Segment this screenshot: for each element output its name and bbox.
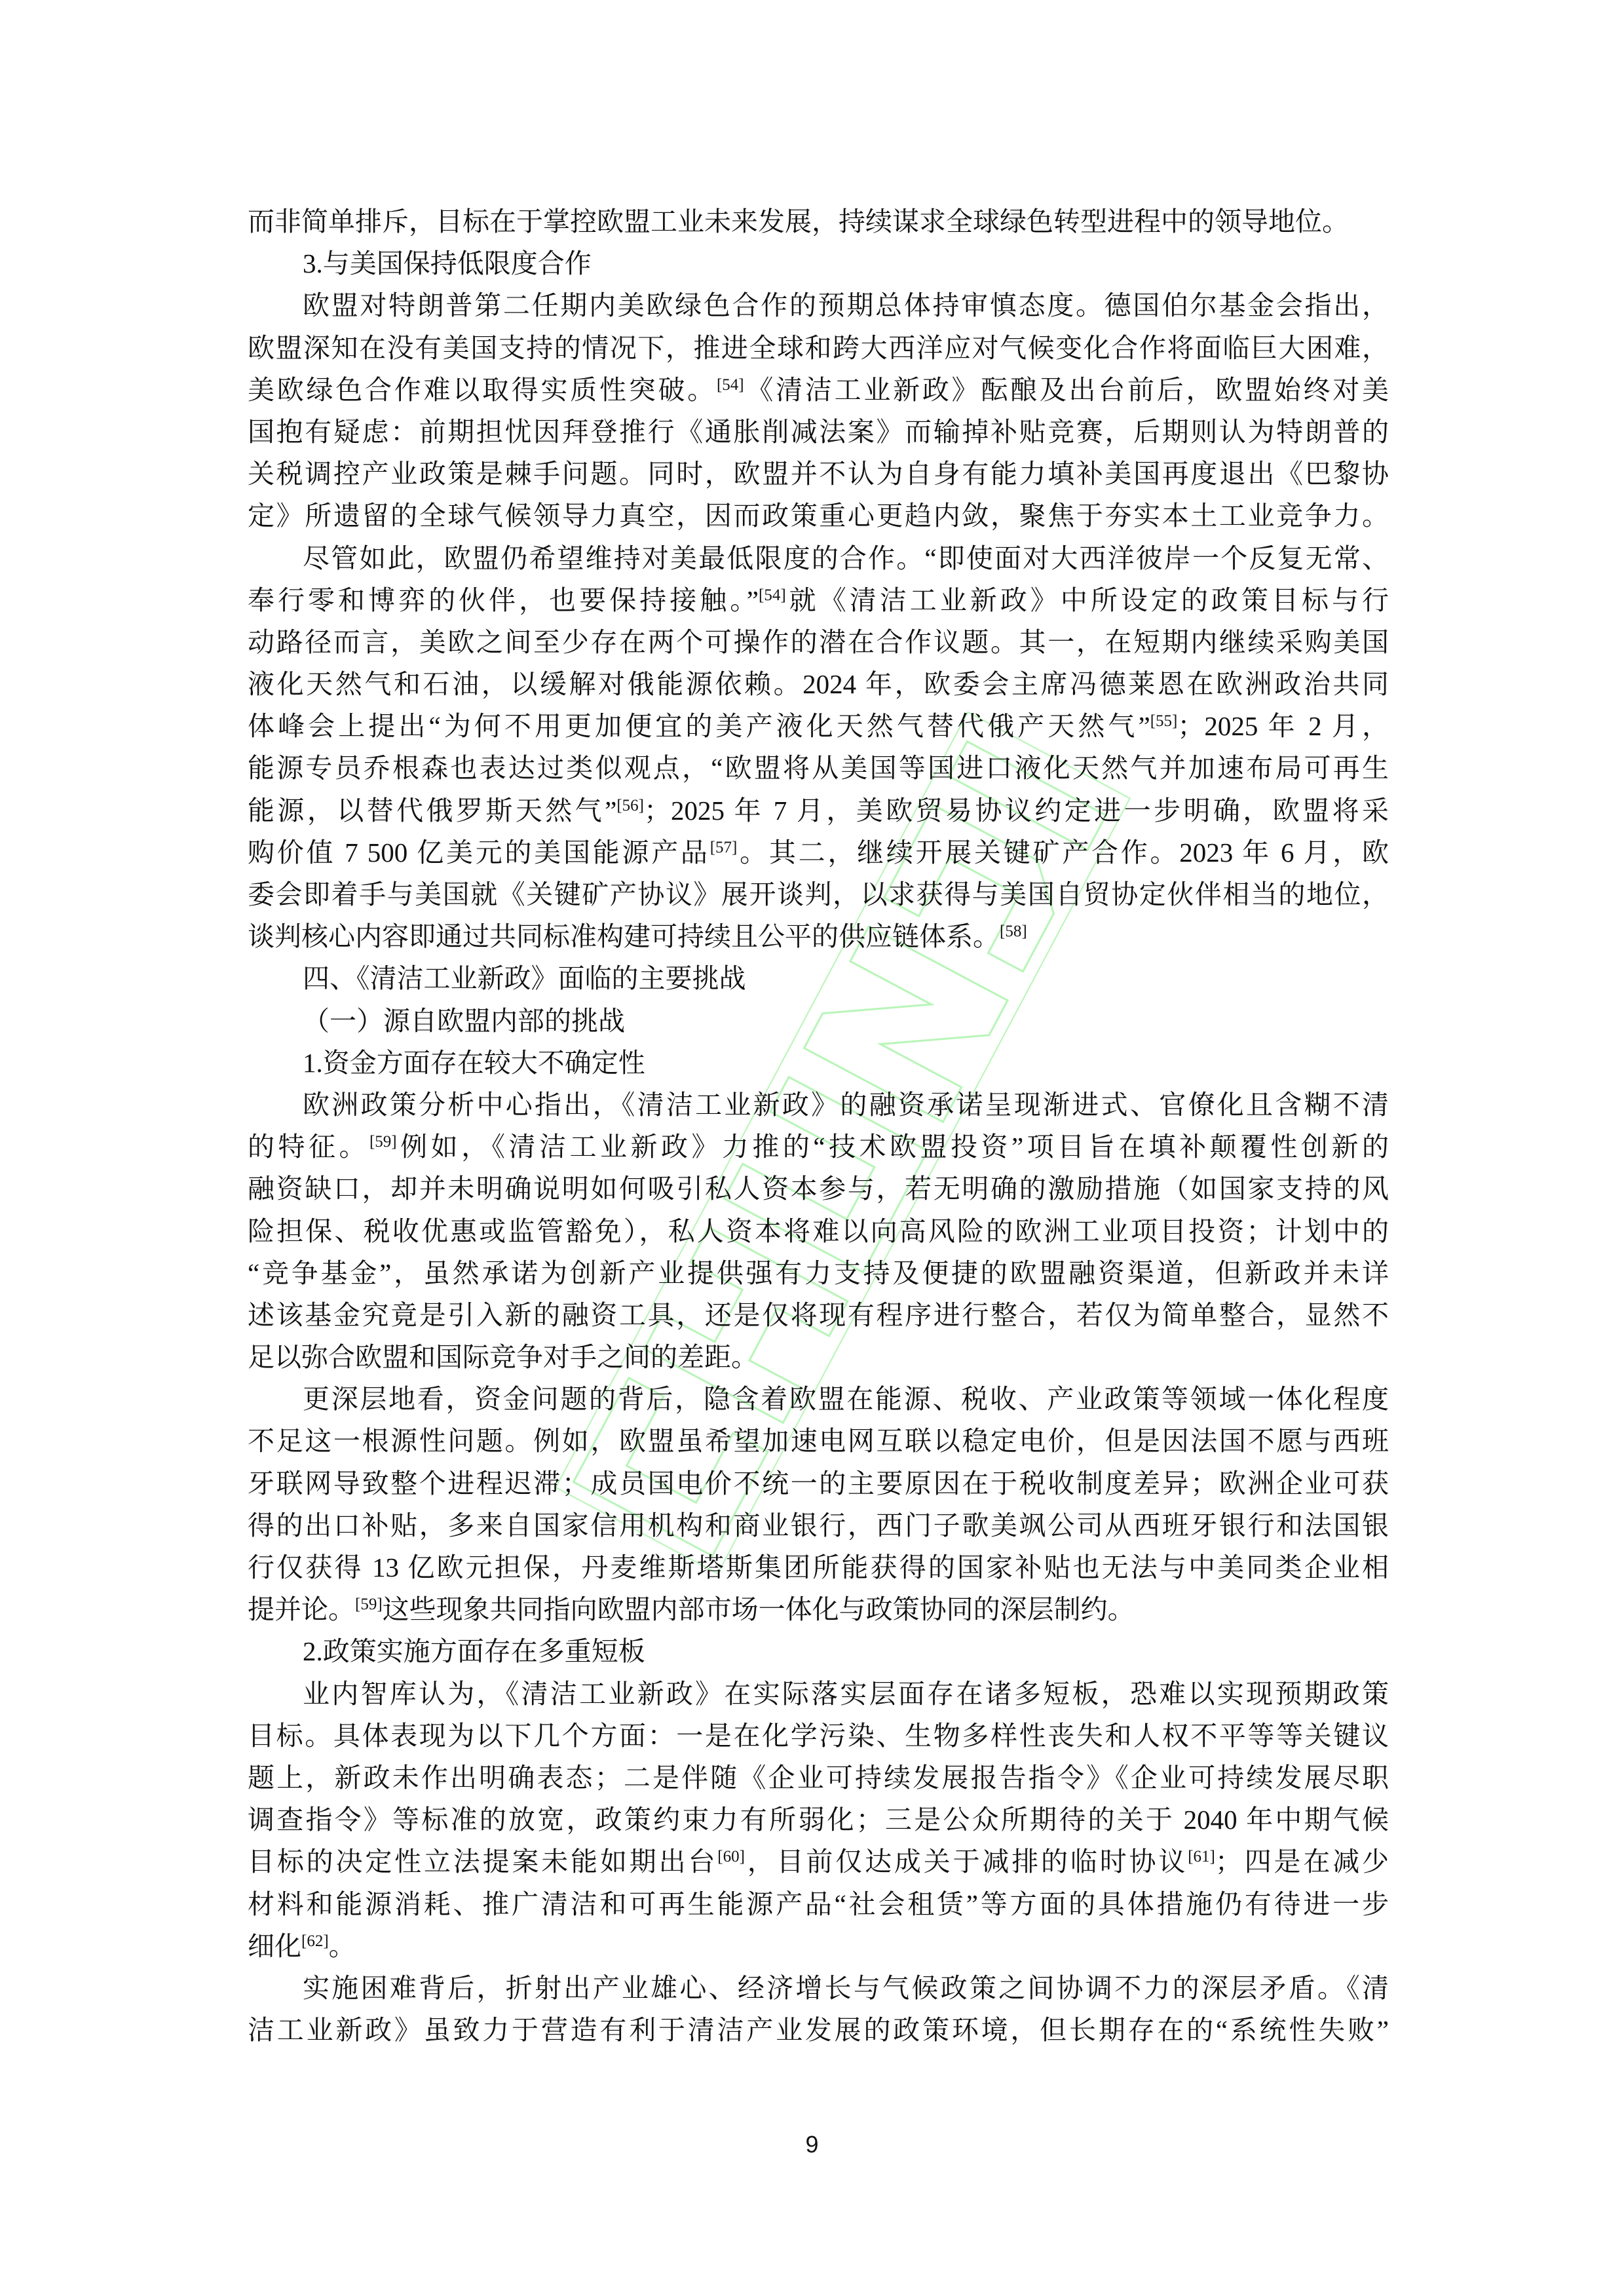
- line-text: 就《清洁工业新政》中所设定的政策目标与行: [786, 585, 1389, 615]
- line-text: 业内智库认为，《清洁工业新政》在实际落实层面存在诸多短板，恐难以实现预期政策: [303, 1679, 1389, 1709]
- line-text: 奉行零和博弈的伙伴，也要保持接触。”: [248, 585, 759, 615]
- line-text: 调查指令》等标准的放宽，政策约束力有所弱化；三是公众所期待的关于 2040 年中…: [248, 1805, 1389, 1835]
- line-text: 欧盟深知在没有美国支持的情况下，推进全球和跨大西洋应对气候变化合作将面临巨大困难…: [248, 333, 1389, 363]
- line-text: 足以弥合欧盟和国际竞争对手之间的差距。: [248, 1342, 758, 1372]
- line-text: 实施困难背后，折射出产业雄心、经济增长与气候政策之间协调不力的深层矛盾。《清: [303, 1973, 1389, 2003]
- heading-3: 1.资金方面存在较大不确定性: [248, 1042, 1389, 1084]
- text-line: 能源专员乔根森也表达过类似观点，“欧盟将从美国等国进口液化天然气并加速布局可再生: [248, 747, 1389, 789]
- line-text: ；四是在减少: [1215, 1846, 1389, 1877]
- line-text: 关税调控产业政策是棘手问题。同时，欧盟并不认为自身有能力填补美国再度退出《巴黎协: [248, 459, 1389, 489]
- citation-ref: [59]: [369, 1133, 397, 1151]
- heading-2: （一）源自欧盟内部的挑战: [248, 1000, 1389, 1042]
- text-line: 动路径而言，美欧之间至少存在两个可操作的潜在合作议题。其一，在短期内继续采购美国: [248, 621, 1389, 663]
- line-text: 尽管如此，欧盟仍希望维持对美最低限度的合作。“即使面对大西洋彼岸一个反复无常、: [303, 543, 1389, 573]
- line-text: 述该基金究竟是引入新的融资工具，还是仅将现有程序进行整合，若仅为简单整合，显然不: [248, 1300, 1389, 1330]
- line-text: 液化天然气和石油，以缓解对俄能源依赖。2024 年，欧委会主席冯德莱恩在欧洲政治…: [248, 669, 1389, 699]
- body-text: 而非简单排斥，目标在于掌控欧盟工业未来发展，持续谋求全球绿色转型进程中的领导地位…: [248, 201, 1389, 2051]
- line-text: 的特征。: [248, 1132, 369, 1162]
- line-text: 例如，《清洁工业新政》力推的“技术欧盟投资”项目旨在填补颠覆性创新的: [397, 1132, 1389, 1162]
- citation-ref: [62]: [301, 1932, 329, 1950]
- line-text: 。: [329, 1931, 356, 1961]
- text-line: 细化[62]。: [248, 1925, 1389, 1967]
- citation-ref: [61]: [1188, 1848, 1215, 1865]
- line-text: （一）源自欧盟内部的挑战: [303, 1006, 625, 1036]
- text-line: 奉行零和博弈的伙伴，也要保持接触。”[54]就《清洁工业新政》中所设定的政策目标…: [248, 579, 1389, 621]
- text-line: 洁工业新政》虽致力于营造有利于清洁产业发展的政策环境，但长期存在的“系统性失败”: [248, 2009, 1389, 2051]
- text-line: 实施困难背后，折射出产业雄心、经济增长与气候政策之间协调不力的深层矛盾。《清: [248, 1967, 1389, 2009]
- text-line: 尽管如此，欧盟仍希望维持对美最低限度的合作。“即使面对大西洋彼岸一个反复无常、: [248, 537, 1389, 579]
- line-text: ，目前仅达成关于减排的临时协议: [745, 1846, 1188, 1877]
- text-line: 述该基金究竟是引入新的融资工具，还是仅将现有程序进行整合，若仅为简单整合，显然不: [248, 1294, 1389, 1336]
- text-line: 美欧绿色合作难以取得实质性突破。[54]《清洁工业新政》酝酿及出台前后，欧盟始终…: [248, 369, 1389, 411]
- text-line: 险担保、税收优惠或监管豁免），私人资本将难以向高风险的欧洲工业项目投资；计划中的: [248, 1210, 1389, 1252]
- text-line: 定》所遗留的全球气候领导力真空，因而政策重心更趋内敛，聚焦于夯实本土工业竞争力。: [248, 495, 1389, 537]
- citation-ref: [58]: [1000, 923, 1027, 940]
- text-line: 融资缺口，却并未明确说明如何吸引私人资本参与，若无明确的激励措施（如国家支持的风: [248, 1168, 1389, 1210]
- citation-ref: [54]: [717, 376, 744, 394]
- heading-3: 2.政策实施方面存在多重短板: [248, 1630, 1389, 1672]
- heading-3: 3.与美国保持低限度合作: [248, 242, 1389, 284]
- line-text: 目标的决定性立法提案未能如期出台: [248, 1846, 717, 1877]
- text-line: “竞争基金”，虽然承诺为创新产业提供强有力支持及便捷的欧盟融资渠道，但新政并未详: [248, 1252, 1389, 1294]
- line-text: 行仅获得 13 亿欧元担保，丹麦维斯塔斯集团所能获得的国家补贴也无法与中美同类企…: [248, 1552, 1389, 1582]
- line-text: 委会即着手与美国就《关键矿产协议》展开谈判，以求获得与美国自贸协定伙伴相当的地位…: [248, 879, 1389, 909]
- line-text: 《清洁工业新政》酝酿及出台前后，欧盟始终对美: [744, 375, 1389, 405]
- line-text: 购价值 7 500 亿美元的美国能源产品: [248, 837, 710, 868]
- line-text: 1.资金方面存在较大不确定性: [303, 1048, 645, 1078]
- line-text: 能源专员乔根森也表达过类似观点，“欧盟将从美国等国进口液化天然气并加速布局可再生: [248, 753, 1389, 783]
- line-text: 四、《清洁工业新政》面临的主要挑战: [303, 963, 746, 993]
- text-line: 行仅获得 13 亿欧元担保，丹麦维斯塔斯集团所能获得的国家补贴也无法与中美同类企…: [248, 1546, 1389, 1588]
- text-line: 调查指令》等标准的放宽，政策约束力有所弱化；三是公众所期待的关于 2040 年中…: [248, 1799, 1389, 1841]
- text-line: 而非简单排斥，目标在于掌控欧盟工业未来发展，持续谋求全球绿色转型进程中的领导地位…: [248, 201, 1389, 242]
- citation-ref: [56]: [616, 797, 644, 814]
- document-page: 而非简单排斥，目标在于掌控欧盟工业未来发展，持续谋求全球绿色转型进程中的领导地位…: [0, 0, 1624, 2296]
- line-text: 洁工业新政》虽致力于营造有利于清洁产业发展的政策环境，但长期存在的“系统性失败”: [248, 2015, 1389, 2045]
- text-line: 材料和能源消耗、推广清洁和可再生能源产品“社会租赁”等方面的具体措施仍有待进一步: [248, 1883, 1389, 1925]
- citation-ref: [59]: [355, 1596, 383, 1613]
- line-text: 题上，新政未作出明确表态；二是伴随《企业可持续发展报告指令》《企业可持续发展尽职: [248, 1763, 1389, 1793]
- line-text: 这些现象共同指向欧盟内部市场一体化与政策协同的深层制约。: [383, 1594, 1135, 1624]
- citation-ref: [55]: [1150, 712, 1178, 730]
- line-text: 体峰会上提出“为何不用更加便宜的美产液化天然气替代俄产天然气”: [248, 711, 1150, 741]
- text-line: 购价值 7 500 亿美元的美国能源产品[57]。其二，继续开展关键矿产合作。2…: [248, 832, 1389, 873]
- line-text: 目标。具体表现为以下几个方面：一是在化学污染、生物多样性丧失和人权不平等等关键议: [248, 1721, 1389, 1751]
- page-number: 9: [0, 2131, 1624, 2158]
- text-line: 欧盟深知在没有美国支持的情况下，推进全球和跨大西洋应对气候变化合作将面临巨大困难…: [248, 327, 1389, 369]
- text-line: 欧洲政策分析中心指出，《清洁工业新政》的融资承诺呈现渐进式、官僚化且含糊不清: [248, 1084, 1389, 1126]
- text-line: 能源，以替代俄罗斯天然气”[56]；2025 年 7 月，美欧贸易协议约定进一步…: [248, 790, 1389, 832]
- text-line: 牙联网导致整个进程迟滞；成员国电价不统一的主要原因在于税收制度差异；欧洲企业可获: [248, 1463, 1389, 1504]
- line-text: 材料和能源消耗、推广清洁和可再生能源产品“社会租赁”等方面的具体措施仍有待进一步: [248, 1889, 1389, 1919]
- line-text: 更深层地看，资金问题的背后，隐含着欧盟在能源、税收、产业政策等领域一体化程度: [303, 1384, 1389, 1414]
- text-line: 更深层地看，资金问题的背后，隐含着欧盟在能源、税收、产业政策等领域一体化程度: [248, 1378, 1389, 1420]
- citation-ref: [60]: [717, 1848, 745, 1865]
- line-text: 国抱有疑虑：前期担忧因拜登推行《通胀削减法案》而输掉补贴竞赛，后期则认为特朗普的: [248, 417, 1389, 447]
- text-line: 关税调控产业政策是棘手问题。同时，欧盟并不认为自身有能力填补美国再度退出《巴黎协: [248, 453, 1389, 495]
- line-text: 。其二，继续开展关键矿产合作。2023 年 6 月，欧: [737, 837, 1389, 868]
- text-line: 目标的决定性立法提案未能如期出台[60]，目前仅达成关于减排的临时协议[61]；…: [248, 1841, 1389, 1883]
- text-line: 体峰会上提出“为何不用更加便宜的美产液化天然气替代俄产天然气”[55]；2025…: [248, 705, 1389, 747]
- text-line: 业内智库认为，《清洁工业新政》在实际落实层面存在诸多短板，恐难以实现预期政策: [248, 1673, 1389, 1715]
- citation-ref: [57]: [710, 839, 738, 856]
- text-line: 题上，新政未作出明确表态；二是伴随《企业可持续发展报告指令》《企业可持续发展尽职: [248, 1757, 1389, 1799]
- line-text: “竞争基金”，虽然承诺为创新产业提供强有力支持及便捷的欧盟融资渠道，但新政并未详: [248, 1258, 1389, 1288]
- line-text: 欧洲政策分析中心指出，《清洁工业新政》的融资承诺呈现渐进式、官僚化且含糊不清: [303, 1090, 1389, 1120]
- text-line: 得的出口补贴，多来自国家信用机构和商业银行，西门子歌美飒公司从西班牙银行和法国银: [248, 1504, 1389, 1546]
- line-text: 提并论。: [248, 1594, 355, 1624]
- line-text: 动路径而言，美欧之间至少存在两个可操作的潜在合作议题。其一，在短期内继续采购美国: [248, 627, 1389, 657]
- text-line: 提并论。[59]这些现象共同指向欧盟内部市场一体化与政策协同的深层制约。: [248, 1588, 1389, 1630]
- line-text: 细化: [248, 1931, 301, 1961]
- line-text: 得的出口补贴，多来自国家信用机构和商业银行，西门子歌美飒公司从西班牙银行和法国银: [248, 1510, 1389, 1540]
- line-text: 险担保、税收优惠或监管豁免），私人资本将难以向高风险的欧洲工业项目投资；计划中的: [248, 1216, 1389, 1246]
- line-text: 美欧绿色合作难以取得实质性突破。: [248, 375, 717, 405]
- line-text: 3.与美国保持低限度合作: [303, 248, 592, 278]
- text-line: 不足这一根源性问题。例如，欧盟虽希望加速电网互联以稳定电价，但是因法国不愿与西班: [248, 1420, 1389, 1462]
- line-text: 定》所遗留的全球气候领导力真空，因而政策重心更趋内敛，聚焦于夯实本土工业竞争力。: [248, 501, 1389, 531]
- line-text: 牙联网导致整个进程迟滞；成员国电价不统一的主要原因在于税收制度差异；欧洲企业可获: [248, 1468, 1389, 1499]
- text-line: 液化天然气和石油，以缓解对俄能源依赖。2024 年，欧委会主席冯德莱恩在欧洲政治…: [248, 663, 1389, 705]
- line-text: 欧盟对特朗普第二任期内美欧绿色合作的预期总体持审慎态度。德国伯尔基金会指出，: [303, 290, 1389, 320]
- line-text: 2.政策实施方面存在多重短板: [303, 1636, 645, 1666]
- line-text: ；2025 年 2 月，: [1177, 711, 1389, 741]
- text-line: 的特征。[59]例如，《清洁工业新政》力推的“技术欧盟投资”项目旨在填补颠覆性创…: [248, 1126, 1389, 1168]
- line-text: ；2025 年 7 月，美欧贸易协议约定进一步明确，欧盟将采: [644, 795, 1389, 826]
- line-text: 不足这一根源性问题。例如，欧盟虽希望加速电网互联以稳定电价，但是因法国不愿与西班: [248, 1426, 1389, 1456]
- line-text: 融资缺口，却并未明确说明如何吸引私人资本参与，若无明确的激励措施（如国家支持的风: [248, 1174, 1389, 1204]
- text-line: 欧盟对特朗普第二任期内美欧绿色合作的预期总体持审慎态度。德国伯尔基金会指出，: [248, 284, 1389, 326]
- text-line: 目标。具体表现为以下几个方面：一是在化学污染、生物多样性丧失和人权不平等等关键议: [248, 1715, 1389, 1757]
- line-text: 能源，以替代俄罗斯天然气”: [248, 795, 616, 826]
- text-line: 谈判核心内容即通过共同标准构建可持续且公平的供应链体系。[58]: [248, 915, 1389, 957]
- citation-ref: [54]: [759, 586, 786, 604]
- text-line: 国抱有疑虑：前期担忧因拜登推行《通胀削减法案》而输掉补贴竞赛，后期则认为特朗普的: [248, 411, 1389, 453]
- line-text: 谈判核心内容即通过共同标准构建可持续且公平的供应链体系。: [248, 921, 1000, 951]
- text-line: 委会即着手与美国就《关键矿产协议》展开谈判，以求获得与美国自贸协定伙伴相当的地位…: [248, 873, 1389, 915]
- text-line: 足以弥合欧盟和国际竞争对手之间的差距。: [248, 1336, 1389, 1378]
- heading-1: 四、《清洁工业新政》面临的主要挑战: [248, 957, 1389, 999]
- line-text: 而非简单排斥，目标在于掌控欧盟工业未来发展，持续谋求全球绿色转型进程中的领导地位…: [248, 206, 1349, 237]
